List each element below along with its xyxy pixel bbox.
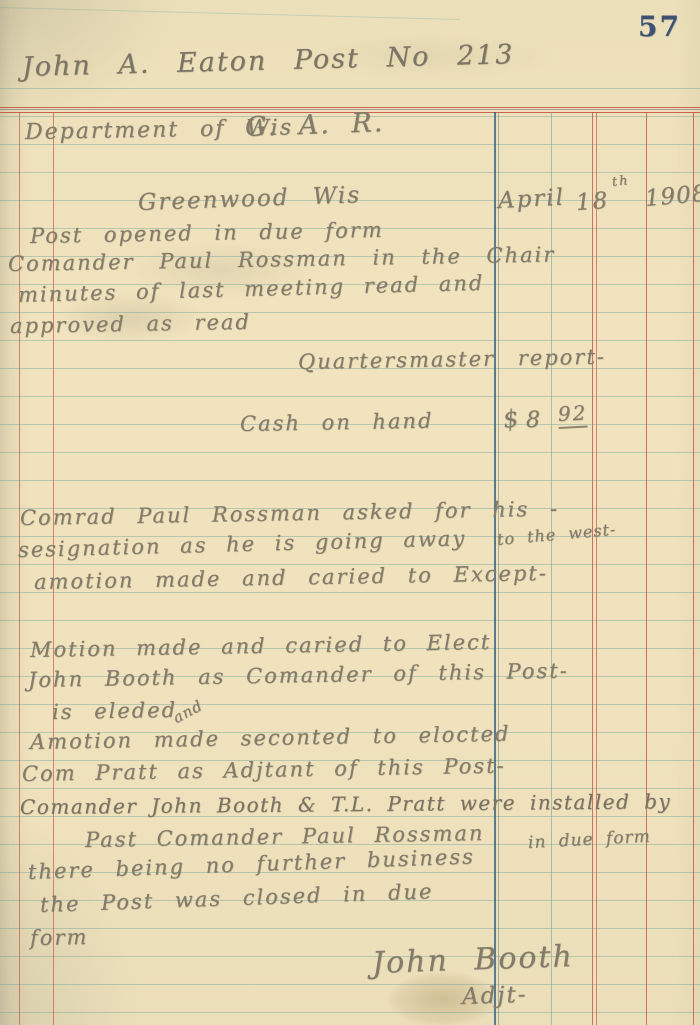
ledger-page: 57 John A. Eaton Post No 213 Department …: [0, 0, 700, 1025]
line-installation-2b: in due form: [527, 827, 651, 853]
signature-title: Adjt-: [462, 982, 528, 1010]
line-resignation-3: amotion made and caried to Except-: [34, 561, 548, 594]
line-election-2: John Booth as Comander of this Post-: [28, 659, 569, 692]
cash-on-hand-label: Cash on hand: [240, 409, 434, 436]
line-minutes-read-2: approved as read: [10, 310, 251, 338]
line-election-1: Motion made and caried to Elect: [30, 630, 492, 662]
cash-currency-sign: $: [501, 404, 522, 434]
line-installation-1: Comander John Booth & T.L. Pratt were in…: [20, 789, 671, 819]
signature-name: John Booth: [371, 939, 574, 981]
dateline-month: April: [497, 185, 565, 214]
right-column-rule-1a: [592, 112, 593, 1025]
dateline-day: 18: [575, 188, 610, 216]
cash-cents: 92: [557, 400, 588, 429]
faint-top-rule: [0, 7, 460, 20]
line-resignation-1: Comrad Paul Rossman asked for his -: [20, 497, 559, 530]
left-margin-rule-1: [19, 112, 20, 1025]
line-minutes-read-1: minutes of last meeting read and: [18, 271, 485, 307]
left-margin-rule-2: [53, 112, 54, 1025]
right-column-rule-3: [693, 112, 694, 1025]
line-election-5: Com Pratt as Adjtant of this Post-: [22, 754, 506, 786]
gar-label: G. A. R.: [244, 107, 384, 143]
post-heading: John A. Eaton Post No 213: [22, 39, 515, 83]
line-election-4: Amotion made seconted to elocted: [30, 722, 511, 754]
right-column-rule-2: [646, 112, 647, 1025]
line-post-opened: Post opened in due form: [30, 218, 384, 248]
line-quartermaster-report: Quartersmaster report-: [298, 345, 606, 374]
line-resignation-2b: to the west-: [496, 520, 617, 549]
dateline-day-suffix: th: [611, 173, 630, 190]
line-closing-3: form: [30, 925, 89, 950]
right-column-rule-1b: [596, 112, 597, 1025]
cash-dollars: 8: [526, 408, 542, 433]
line-closing-2: the Post was closed in due: [40, 879, 434, 917]
dateline-place: Greenwood Wis: [138, 182, 362, 216]
line-election-3: is eleded: [52, 698, 177, 724]
dateline-year: 1908: [644, 181, 700, 212]
line-resignation-2: sesignation as he is going away: [18, 526, 467, 562]
page-number: 57: [638, 10, 681, 43]
